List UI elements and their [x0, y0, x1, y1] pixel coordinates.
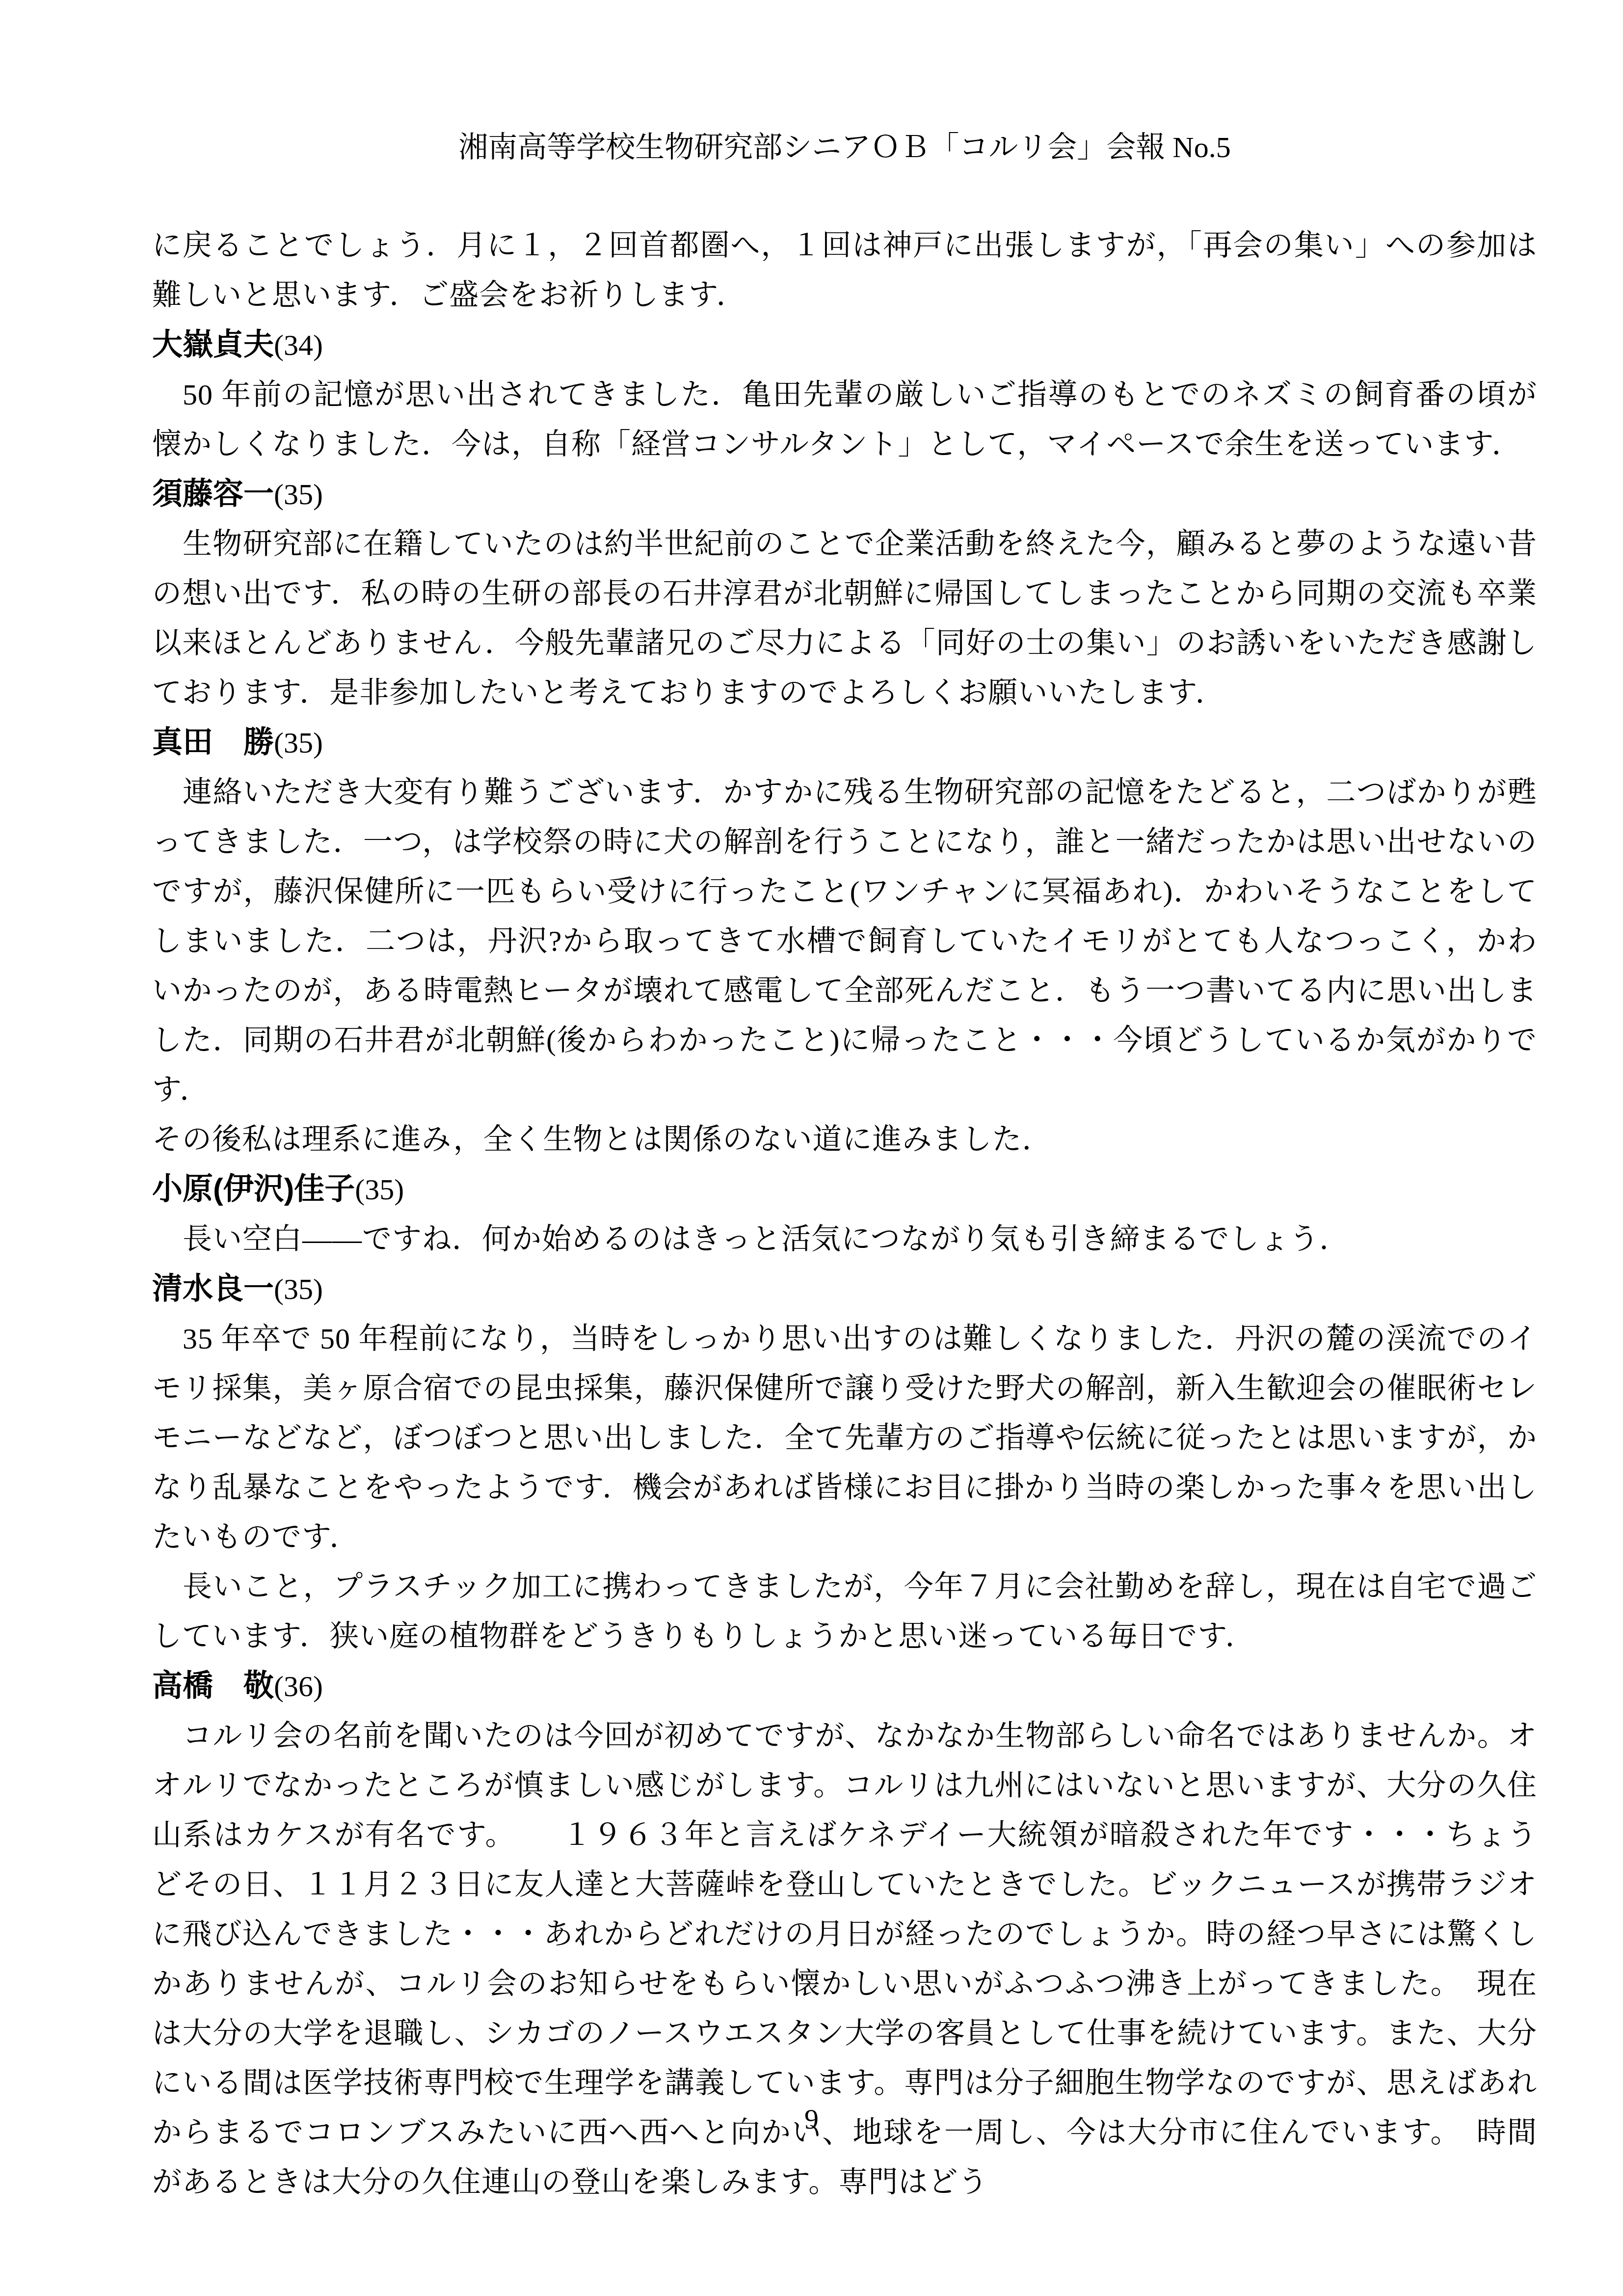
member-entry: 清水良一(35) 35 年卒で 50 年程前になり，当時をしっかり思い出すのは難… [152, 1264, 1537, 1661]
member-year: (35) [355, 1173, 404, 1206]
member-name: 小原(伊沢)佳子 [152, 1172, 355, 1206]
member-year: (35) [274, 727, 323, 759]
member-heading: 清水良一(35) [152, 1264, 1537, 1314]
intro-paragraph: に戻ることでしょう．月に１，２回首都圏へ，１回は神戸に出張しますが，「再会の集い… [152, 221, 1537, 320]
page-number: 9 [0, 2105, 1623, 2134]
member-year: (36) [274, 1670, 323, 1702]
member-year: (35) [274, 478, 323, 511]
member-paragraph: 50 年前の記憶が思い出されてきました．亀田先輩の厳しいご指導のもとでのネズミの… [152, 370, 1537, 469]
page-header: 湘南高等学校生物研究部シニアＯＢ「コルリ会」会報 No.5 [152, 123, 1537, 172]
member-entry: 須藤容一(35) 生物研究部に在籍していたのは約半世紀前のことで企業活動を終えた… [152, 469, 1537, 718]
member-heading: 真田 勝(35) [152, 718, 1537, 768]
member-entry: 大嶽貞夫(34) 50 年前の記憶が思い出されてきました．亀田先輩の厳しいご指導… [152, 320, 1537, 469]
member-name: 真田 勝 [152, 726, 274, 759]
member-heading: 大嶽貞夫(34) [152, 320, 1537, 370]
member-heading: 小原(伊沢)佳子(35) [152, 1164, 1537, 1215]
member-paragraph: 長い空白——ですね．何か始めるのはきっと活気につながり気も引き締まるでしょう． [152, 1215, 1537, 1264]
newsletter-page: 湘南高等学校生物研究部シニアＯＢ「コルリ会」会報 No.5 に戻ることでしょう．… [0, 0, 1623, 2296]
member-paragraph: その後私は理系に進み，全く生物とは関係のない道に進みました． [152, 1115, 1537, 1164]
member-heading: 須藤容一(35) [152, 469, 1537, 519]
member-year: (34) [274, 329, 323, 361]
member-paragraph: 35 年卒で 50 年程前になり，当時をしっかり思い出すのは難しくなりました．丹… [152, 1314, 1537, 1562]
member-year: (35) [274, 1273, 323, 1305]
member-entry: 真田 勝(35) 連絡いただき大変有り難うございます．かすかに残る生物研究部の記… [152, 718, 1537, 1164]
member-paragraph: 生物研究部に在籍していたのは約半世紀前のことで企業活動を終えた今，顧みると夢のよ… [152, 519, 1537, 718]
member-name: 大嶽貞夫 [152, 328, 274, 362]
member-heading: 高橋 敬(36) [152, 1661, 1537, 1711]
member-name: 清水良一 [152, 1272, 274, 1306]
member-name: 須藤容一 [152, 477, 274, 511]
member-paragraph: 連絡いただき大変有り難うございます．かすかに残る生物研究部の記憶をたどると，二つ… [152, 768, 1537, 1115]
member-paragraph: 長いこと，プラスチック加工に携わってきましたが，今年７月に会社勤めを辞し，現在は… [152, 1562, 1537, 1661]
page-body: に戻ることでしょう．月に１，２回首都圏へ，１回は神戸に出張しますが，「再会の集い… [152, 221, 1537, 2207]
member-name: 高橋 敬 [152, 1669, 274, 1703]
member-entry: 小原(伊沢)佳子(35) 長い空白——ですね．何か始めるのはきっと活気につながり… [152, 1164, 1537, 1264]
